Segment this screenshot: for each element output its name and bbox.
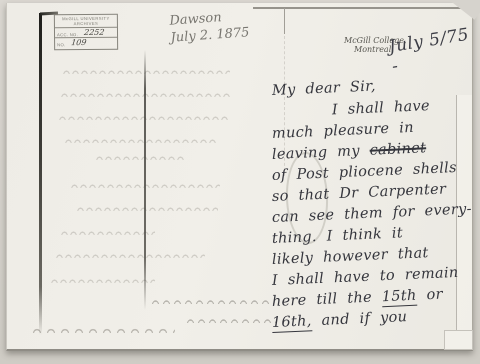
- fold-crease-center: [144, 50, 146, 310]
- scanned-letter-page: McGILL UNIVERSITY ARCHIVES ACC. NO. 2252…: [0, 0, 480, 364]
- stamp-number-row: NO. 109: [55, 38, 117, 48]
- stamp-accession-row: ACC. NO. 2252: [55, 28, 117, 39]
- underlined-date: 15th: [381, 288, 417, 308]
- number-label: NO.: [57, 42, 65, 47]
- bleed-through-line: [50, 275, 155, 283]
- number-value: 109: [71, 39, 87, 47]
- underlined-date: 16th,: [272, 313, 312, 333]
- bleed-through-closing: [150, 294, 275, 304]
- center-fold-line: [284, 8, 285, 34]
- accession-label: ACC. NO.: [57, 32, 78, 37]
- accession-value: 2252: [83, 29, 104, 37]
- page-top-edge-line: [253, 7, 470, 9]
- archive-stamp: McGILL UNIVERSITY ARCHIVES ACC. NO. 2252…: [54, 14, 118, 51]
- bleed-through-line: [64, 135, 216, 143]
- bleed-through-line: [76, 203, 218, 211]
- pencil-annotation: Dawson July 2. 1875: [169, 7, 250, 46]
- bleed-through-signature: [30, 320, 175, 333]
- letter-body: My dear Sir, I shall have much pleasure …: [272, 80, 472, 334]
- bleed-through-signature: [185, 313, 277, 323]
- stamp-subtitle: ARCHIVES: [55, 21, 117, 27]
- bleed-through-line: [60, 227, 155, 235]
- stamp-header: McGILL UNIVERSITY ARCHIVES: [55, 15, 117, 29]
- bleed-through-line: [55, 250, 205, 258]
- bleed-through-line: [62, 66, 230, 74]
- fold-crease-left: [39, 13, 42, 335]
- bleed-through-line: [95, 152, 185, 160]
- strikethrough-word: cabinet: [369, 140, 426, 158]
